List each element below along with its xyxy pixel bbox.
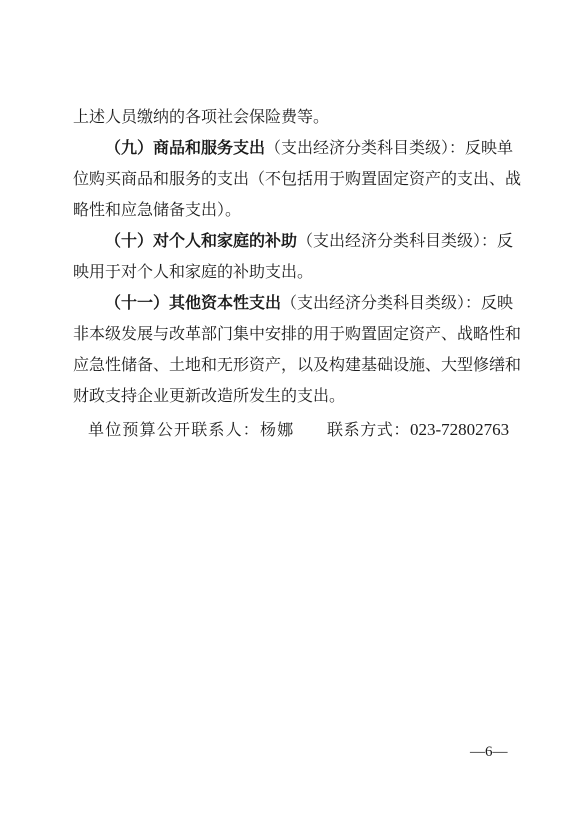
paragraph-text: 略性和应急储备支出）。 xyxy=(73,200,241,219)
paragraph-text: 位购买商品和服务的支出（不包括用于购置固定资产的支出、战 xyxy=(73,169,521,188)
section-11-line-1: （十一）其他资本性支出（支出经济分类科目类级）：反映 xyxy=(105,292,513,314)
contact-phone-label: 联系方式： xyxy=(327,420,410,439)
contact-person-label: 单位预算公开联系人： xyxy=(88,420,260,439)
section-11-line-4: 财政支持企业更新改造所发生的支出。 xyxy=(73,385,345,407)
section-9-line-2: 位购买商品和服务的支出（不包括用于购置固定资产的支出、战 xyxy=(73,168,513,190)
document-page: 上述人员缴纳的各项社会保险费等。 （九）商品和服务支出（支出经济分类科目类级）：… xyxy=(0,0,587,828)
paragraph-text: 财政支持企业更新改造所发生的支出。 xyxy=(73,386,345,405)
section-9-text: （支出经济分类科目类级）：反映单 xyxy=(265,138,513,157)
section-9-line-3: 略性和应急储备支出）。 xyxy=(73,199,241,221)
contact-person-name: 杨娜 xyxy=(260,420,294,439)
paragraph-text: 非本级发展与改革部门集中安排的用于购置固定资产、战略性和 xyxy=(73,324,521,343)
paragraph-text: 应急性储备、土地和无形资产，以及构建基础设施、大型修缮和 xyxy=(73,355,521,374)
paragraph-text: 映用于对个人和家庭的补助支出。 xyxy=(73,262,313,281)
section-11-heading: （十一）其他资本性支出 xyxy=(105,293,281,312)
section-10-line-2: 映用于对个人和家庭的补助支出。 xyxy=(73,261,313,283)
paragraph-line: 上述人员缴纳的各项社会保险费等。 xyxy=(73,106,329,128)
contact-phone: 联系方式：023-72802763 xyxy=(327,419,509,441)
section-9-line-1: （九）商品和服务支出（支出经济分类科目类级）：反映单 xyxy=(105,137,513,159)
section-11-line-2: 非本级发展与改革部门集中安排的用于购置固定资产、战略性和 xyxy=(73,323,513,345)
section-11-text: （支出经济分类科目类级）：反映 xyxy=(281,293,513,312)
section-11-line-3: 应急性储备、土地和无形资产，以及构建基础设施、大型修缮和 xyxy=(73,354,513,376)
paragraph-text: 上述人员缴纳的各项社会保险费等。 xyxy=(73,107,329,126)
contact-phone-value: 023-72802763 xyxy=(410,420,509,439)
section-10-heading: （十）对个人和家庭的补助 xyxy=(105,231,297,250)
page-number: —6— xyxy=(470,744,508,761)
section-10-text: （支出经济分类科目类级）：反 xyxy=(297,231,513,250)
contact-person: 单位预算公开联系人：杨娜 xyxy=(88,419,294,441)
section-9-heading: （九）商品和服务支出 xyxy=(105,138,265,157)
section-10-line-1: （十）对个人和家庭的补助（支出经济分类科目类级）：反 xyxy=(105,230,513,252)
